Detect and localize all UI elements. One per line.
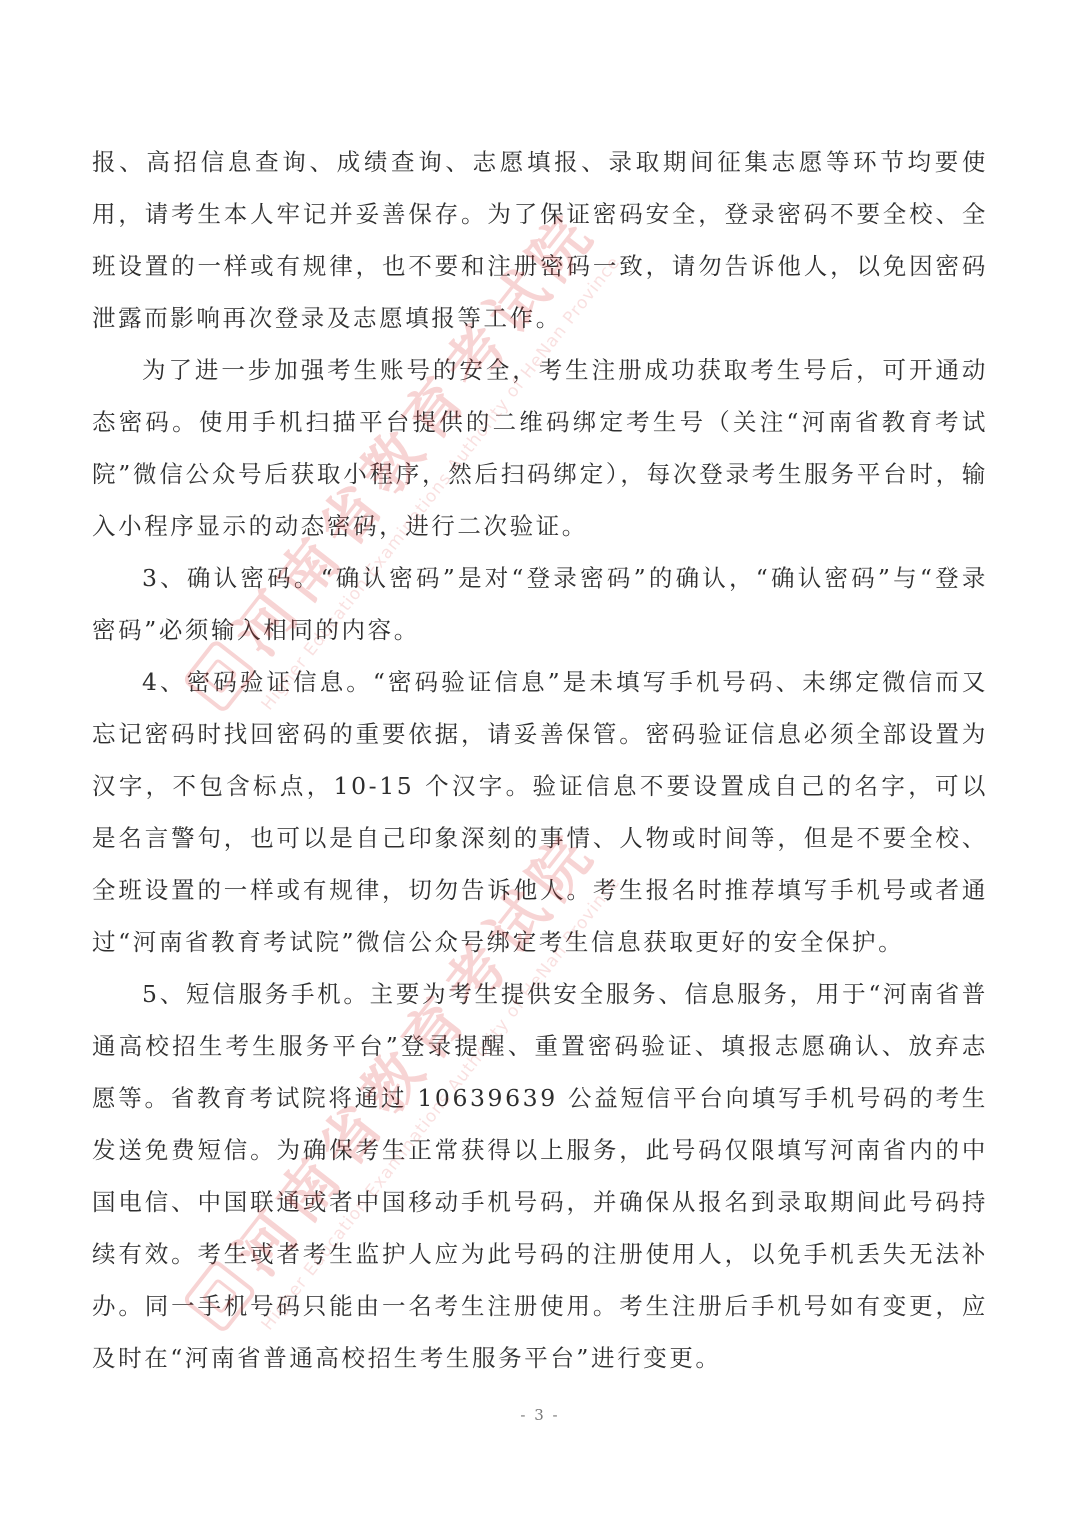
- paragraph-password-usage: 报、高招信息查询、成绩查询、志愿填报、录取期间征集志愿等环节均要使用，请考生本人…: [92, 136, 988, 344]
- paragraph-confirm-password: 3、确认密码。“确认密码”是对“登录密码”的确认，“确认密码”与“登录密码”必须…: [92, 552, 988, 656]
- paragraph-sms-phone: 5、短信服务手机。主要为考生提供安全服务、信息服务，用于“河南省普通高校招生考生…: [92, 968, 988, 1384]
- document-page: 报、高招信息查询、成绩查询、志愿填报、录取期间征集志愿等环节均要使用，请考生本人…: [92, 136, 988, 1384]
- paragraph-password-verification: 4、密码验证信息。“密码验证信息”是未填写手机号码、未绑定微信而又忘记密码时找回…: [92, 656, 988, 968]
- page-number: - 3 -: [0, 1406, 1080, 1424]
- paragraph-dynamic-password: 为了进一步加强考生账号的安全，考生注册成功获取考生号后，可开通动态密码。使用手机…: [92, 344, 988, 552]
